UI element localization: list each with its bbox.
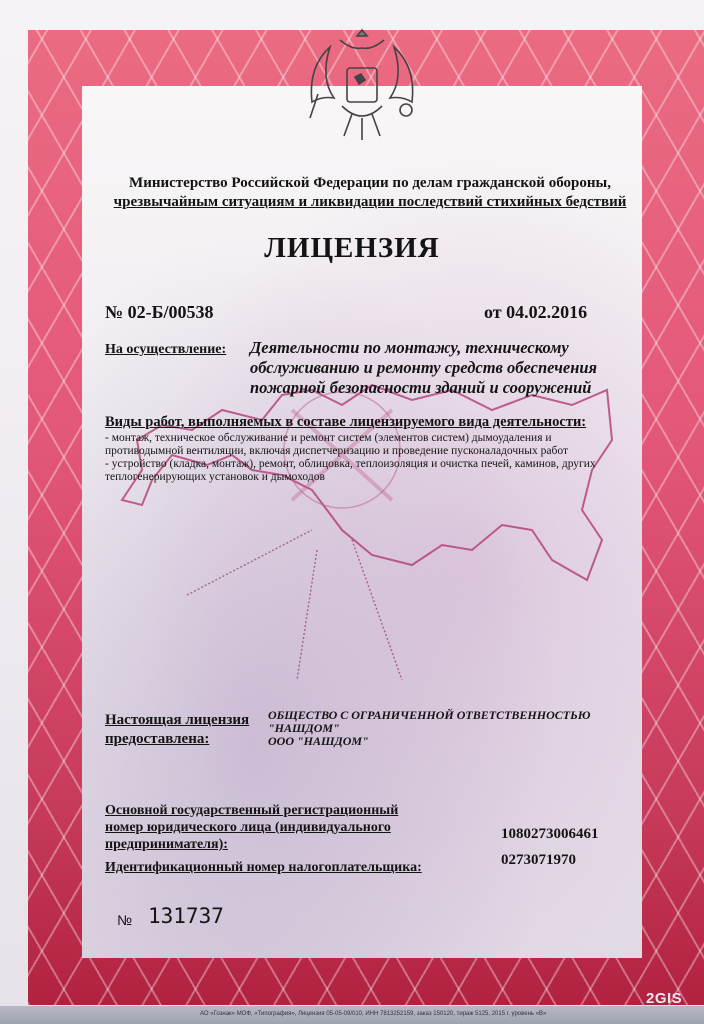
2gis-watermark: 2GIS [646, 990, 682, 1007]
ogrn-label-line: Основной государственный регистрационный [105, 802, 398, 819]
license-sheet: Министерство Российской Федерации по дел… [0, 0, 704, 1024]
holder-label-line-2: предоставлена: [105, 731, 209, 748]
works-line: противодымной вентиляции, включая диспет… [105, 445, 645, 458]
printer-imprint: АО «Гознак» МОФ, «Типография», Лицензия … [200, 1011, 620, 1017]
ogrn-label-line: предпринимателя): [105, 836, 228, 853]
activity-line: пожарной безопасности зданий и сооружени… [250, 378, 640, 398]
inn-label: Идентификационный номер налогоплательщик… [105, 859, 422, 876]
holder-line: ООО "НАШДОМ" [268, 735, 648, 748]
document-title: ЛИЦЕНЗИЯ [0, 232, 704, 265]
activity-line: обслуживанию и ремонту средств обеспечен… [250, 358, 640, 378]
blank-serial-number: 131737 [148, 904, 224, 928]
activity-label: На осуществление: [105, 341, 226, 358]
ogrn-label-line: номер юридического лица (индивидуального [105, 819, 391, 836]
serial-number-prefix: № [117, 912, 132, 928]
inn-value: 0273071970 [501, 852, 576, 869]
works-line: - монтаж, техническое обслуживание и рем… [105, 432, 645, 445]
activity-description: Деятельности по монтажу, техническому об… [250, 338, 640, 398]
double-headed-eagle-emblem [300, 22, 424, 142]
license-date: от 04.02.2016 [484, 302, 587, 323]
authority-line-1: Министерство Российской Федерации по дел… [100, 174, 640, 193]
works-line: - устройство (кладка, монтаж), ремонт, о… [105, 458, 645, 471]
works-heading: Виды работ, выполняемых в составе лиценз… [105, 414, 586, 431]
holder-label-line-1: Настоящая лицензия [105, 712, 249, 729]
works-list: - монтаж, техническое обслуживание и рем… [105, 432, 645, 484]
license-holder: ОБЩЕСТВО С ОГРАНИЧЕННОЙ ОТВЕТСТВЕННОСТЬЮ… [268, 709, 648, 748]
issuing-authority: Министерство Российской Федерации по дел… [100, 174, 640, 212]
ogrn-value: 1080273006461 [501, 826, 599, 843]
authority-line-2: чрезвычайным ситуациям и ликвидации посл… [114, 194, 627, 210]
license-number: № 02-Б/00538 [105, 302, 213, 323]
works-line: теплогенерирующих установок и дымоходов [105, 471, 645, 484]
activity-line: Деятельности по монтажу, техническому [250, 338, 640, 358]
